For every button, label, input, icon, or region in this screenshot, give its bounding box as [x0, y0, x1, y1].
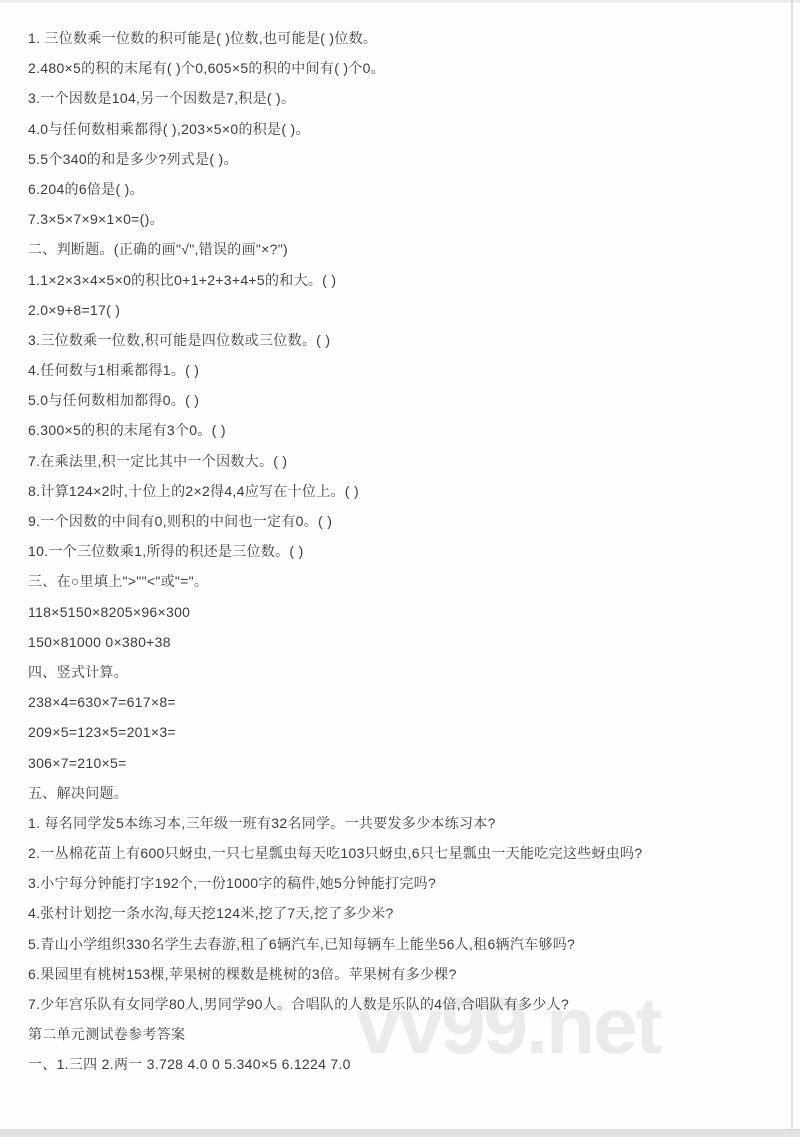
document-line: 8.计算124×2时,十位上的2×2得4,4应写在十位上。( ) — [28, 476, 642, 506]
document-line: 五、解决问题。 — [28, 778, 642, 808]
document-line: 209×5=123×5=201×3= — [28, 717, 642, 747]
document-line: 6.300×5的积的末尾有3个0。( ) — [28, 415, 642, 445]
document-line: 3.三位数乘一位数,积可能是四位数或三位数。( ) — [28, 325, 642, 355]
document-line: 2.一丛棉花苗上有600只蚜虫,一只七星瓢虫每天吃103只蚜虫,6只七星瓢虫一天… — [28, 838, 642, 868]
document-line: 四、竖式计算。 — [28, 657, 642, 687]
document-line: 一、1.三四 2.两一 3.728 4.0 0 5.340×5 6.1224 7… — [28, 1049, 642, 1079]
document-lines: 1. 三位数乘一位数的积可能是( )位数,也可能是( )位数。2.480×5的积… — [28, 23, 642, 1080]
document-line: 4.张村计划挖一条水沟,每天挖124米,挖了7天,挖了多少米? — [28, 898, 642, 928]
document-line: 1. 三位数乘一位数的积可能是( )位数,也可能是( )位数。 — [28, 23, 642, 53]
document-line: 5.5个340的和是多少?列式是( )。 — [28, 144, 642, 174]
document-line: 306×7=210×5= — [28, 748, 642, 778]
document-line: 6.204的6倍是( )。 — [28, 174, 642, 204]
page-top-edge — [0, 0, 800, 3]
page-bottom-bar — [0, 1129, 800, 1137]
document-line: 4.任何数与1相乘都得1。( ) — [28, 355, 642, 385]
document-line: 7.在乘法里,积一定比其中一个因数大。( ) — [28, 446, 642, 476]
document-line: 4.0与任何数相乘都得( ),203×5×0的积是( )。 — [28, 114, 642, 144]
document-line: 3.小宁每分钟能打字192个,一份1000字的稿件,她5分钟能打完吗? — [28, 868, 642, 898]
document-line: 三、在○里填上">""<"或"="。 — [28, 566, 642, 596]
document-line: 2.0×9+8=17( ) — [28, 295, 642, 325]
document-line: 5.青山小学组织330名学生去春游,租了6辆汽车,已知每辆车上能坐56人,租6辆… — [28, 929, 642, 959]
document-line: 二、判断题。(正确的画"√",错误的画"×?") — [28, 234, 642, 264]
document-line: 150×81000 0×380+38 — [28, 627, 642, 657]
document-line: 9.一个因数的中间有0,则积的中间也一定有0。( ) — [28, 506, 642, 536]
document-line: 5.0与任何数相加都得0。( ) — [28, 385, 642, 415]
document-page: vv99.net 1. 三位数乘一位数的积可能是( )位数,也可能是( )位数。… — [0, 0, 800, 1137]
document-line: 6.果园里有桃树153棵,苹果树的棵数是桃树的3倍。苹果树有多少棵? — [28, 959, 642, 989]
document-line: 1.1×2×3×4×5×0的积比0+1+2+3+4+5的和大。( ) — [28, 265, 642, 295]
document-line: 10.一个三位数乘1,所得的积还是三位数。( ) — [28, 536, 642, 566]
page-right-edge-line — [791, 0, 793, 1137]
document-line: 2.480×5的积的末尾有( )个0,605×5的积的中间有( )个0。 — [28, 53, 642, 83]
document-line: 3.一个因数是104,另一个因数是7,积是( )。 — [28, 83, 642, 113]
document-line: 238×4=630×7=617×8= — [28, 687, 642, 717]
document-line: 118×5150×8205×96×300 — [28, 597, 642, 627]
document-line: 7.3×5×7×9×1×0=()。 — [28, 204, 642, 234]
document-line: 7.少年宫乐队有女同学80人,男同学90人。合唱队的人数是乐队的4倍,合唱队有多… — [28, 989, 642, 1019]
document-line: 第二单元测试卷参考答案 — [28, 1019, 642, 1049]
document-line: 1. 每名同学发5本练习本,三年级一班有32名同学。一共要发多少本练习本? — [28, 808, 642, 838]
